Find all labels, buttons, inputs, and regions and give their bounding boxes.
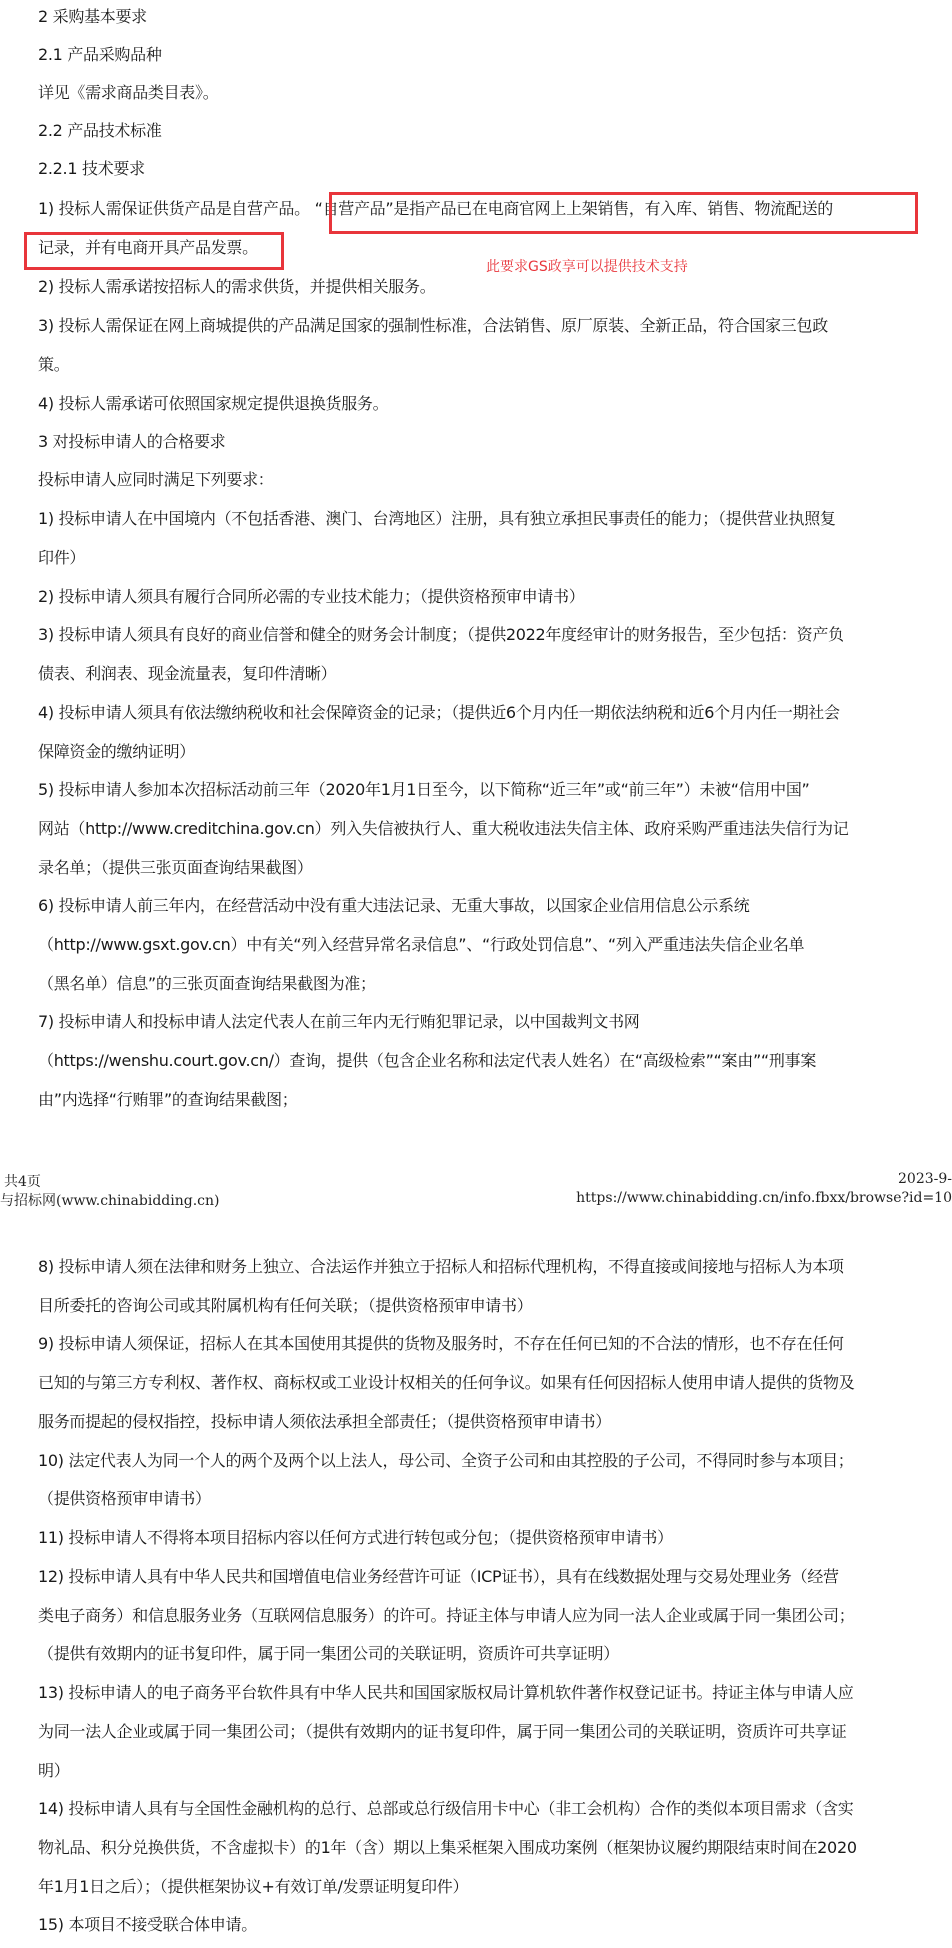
text-line: 目所委托的咨询公司或其附属机构有任何关联；（提供资格预审申请书）: [38, 1295, 532, 1317]
text-line: 5) 投标申请人参加本次招标活动前三年（2020年1月1日至今，以下简称“近三年…: [38, 779, 810, 801]
text-line: 8) 投标申请人须在法律和财务上独立、合法运作并独立于招标人和招标代理机构，不得…: [38, 1256, 844, 1278]
text-line: 2.1 产品采购品种: [38, 44, 162, 66]
text-line: （提供资格预审申请书）: [38, 1488, 211, 1510]
text-line: 印件）: [38, 547, 85, 569]
text-line: 10) 法定代表人为同一个人的两个及两个以上法人，母公司、全资子公司和由其控股的…: [38, 1450, 854, 1472]
text-line: 策。: [38, 354, 69, 376]
annotation-note: 此要求GS政享可以提供技术支持: [486, 256, 688, 276]
text-line: （https://wenshu.court.gov.cn/）查询，提供（包含企业…: [38, 1050, 816, 1072]
footer-page-count: 共4页: [4, 1171, 41, 1191]
text-line: 详见《需求商品类目表》。: [38, 82, 218, 104]
text-line: （黑名单）信息”的三张页面查询结果截图为准；: [38, 973, 376, 995]
highlight-box-invoice-record: [24, 232, 284, 270]
text-line: 2) 投标申请人须具有履行合同所必需的专业技术能力；（提供资格预审申请书）: [38, 586, 584, 608]
text-line: 1) 投标申请人在中国境内（不包括香港、澳门、台湾地区）注册，具有独立承担民事责…: [38, 508, 836, 530]
text-line: 4) 投标申请人须具有依法缴纳税收和社会保障资金的记录；（提供近6个月内任一期依…: [38, 702, 840, 724]
text-line: 服务而提起的侵权指控，投标申请人须依法承担全部责任；（提供资格预审申请书）: [38, 1411, 611, 1433]
text-line: 为同一法人企业或属于同一集团公司；（提供有效期内的证书复印件，属于同一集团公司的…: [38, 1721, 846, 1743]
text-line: 6) 投标申请人前三年内，在经营活动中没有重大违法记录、无重大事故，以国家企业信…: [38, 895, 749, 917]
text-line: 14) 投标申请人具有与全国性金融机构的总行、总部或总行级信用卡中心（非工会机构…: [38, 1798, 854, 1820]
text-line: 4) 投标人需承诺可依照国家规定提供退换货服务。: [38, 393, 388, 415]
text-line: 已知的与第三方专利权、著作权、商标权或工业设计权相关的任何争议。如果有任何因招标…: [38, 1372, 854, 1394]
text-line: 2 采购基本要求: [38, 6, 147, 28]
text-line: 明）: [38, 1760, 69, 1782]
text-line: 年1月1日之后）；（提供框架协议+有效订单/发票证明复印件）: [38, 1876, 468, 1898]
text-line: （提供有效期内的证书复印件，属于同一集团公司的关联证明，资质许可共享证明）: [38, 1643, 619, 1665]
text-line: 类电子商务）和信息服务业务（互联网信息服务）的许可。持证主体与申请人应为同一法人…: [38, 1605, 854, 1627]
footer-date: 2023-9-: [898, 1171, 952, 1187]
text-line: 债表、利润表、现金流量表，复印件清晰）: [38, 663, 336, 685]
text-line: 2) 投标人需承诺按招标人的需求供货，并提供相关服务。: [38, 276, 435, 298]
text-line: 2.2.1 技术要求: [38, 158, 145, 180]
text-line: 15) 本项目不接受联合体申请。: [38, 1914, 257, 1936]
text-line: 录名单；（提供三张页面查询结果截图）: [38, 857, 313, 879]
text-line: （http://www.gsxt.gov.cn）中有关“列入经营异常名录信息”、…: [38, 934, 804, 956]
text-line: 7) 投标申请人和投标申请人法定代表人在前三年内无行贿犯罪记录，以中国裁判文书网: [38, 1011, 640, 1033]
highlight-box-self-operated-definition: [329, 192, 918, 234]
text-line: 物礼品、积分兑换供货，不含虚拟卡）的1年（含）期以上集采框架入围成功案例（框架协…: [38, 1837, 857, 1859]
text-line: 9) 投标申请人须保证，招标人在其本国使用其提供的货物及服务时，不存在任何已知的…: [38, 1333, 844, 1355]
text-line: 投标申请人应同时满足下列要求：: [38, 469, 274, 491]
text-line: 2.2 产品技术标准: [38, 120, 162, 142]
text-line: 由”内选择“行贿罪”的查询结果截图；: [38, 1089, 297, 1111]
footer-site-name: 与招标网(www.chinabidding.cn): [0, 1190, 220, 1210]
text-line: 11) 投标申请人不得将本项目招标内容以任何方式进行转包或分包；（提供资格预审申…: [38, 1527, 673, 1549]
text-line: 3 对投标申请人的合格要求: [38, 431, 225, 453]
text-line: 3) 投标申请人须具有良好的商业信誉和健全的财务会计制度；（提供2022年度经审…: [38, 624, 844, 646]
text-line: 3) 投标人需保证在网上商城提供的产品满足国家的强制性标准，合法销售、原厂原装、…: [38, 315, 828, 337]
text-line: 网站（http://www.creditchina.gov.cn）列入失信被执行…: [38, 818, 848, 840]
footer-url[interactable]: https://www.chinabidding.cn/info.fbxx/br…: [576, 1190, 952, 1206]
text-line: 12) 投标申请人具有中华人民共和国增值电信业务经营许可证（ICP证书），具有在…: [38, 1566, 839, 1588]
text-line: 保障资金的缴纳证明）: [38, 741, 195, 763]
text-line: 13) 投标申请人的电子商务平台软件具有中华人民共和国国家版权局计算机软件著作权…: [38, 1682, 854, 1704]
